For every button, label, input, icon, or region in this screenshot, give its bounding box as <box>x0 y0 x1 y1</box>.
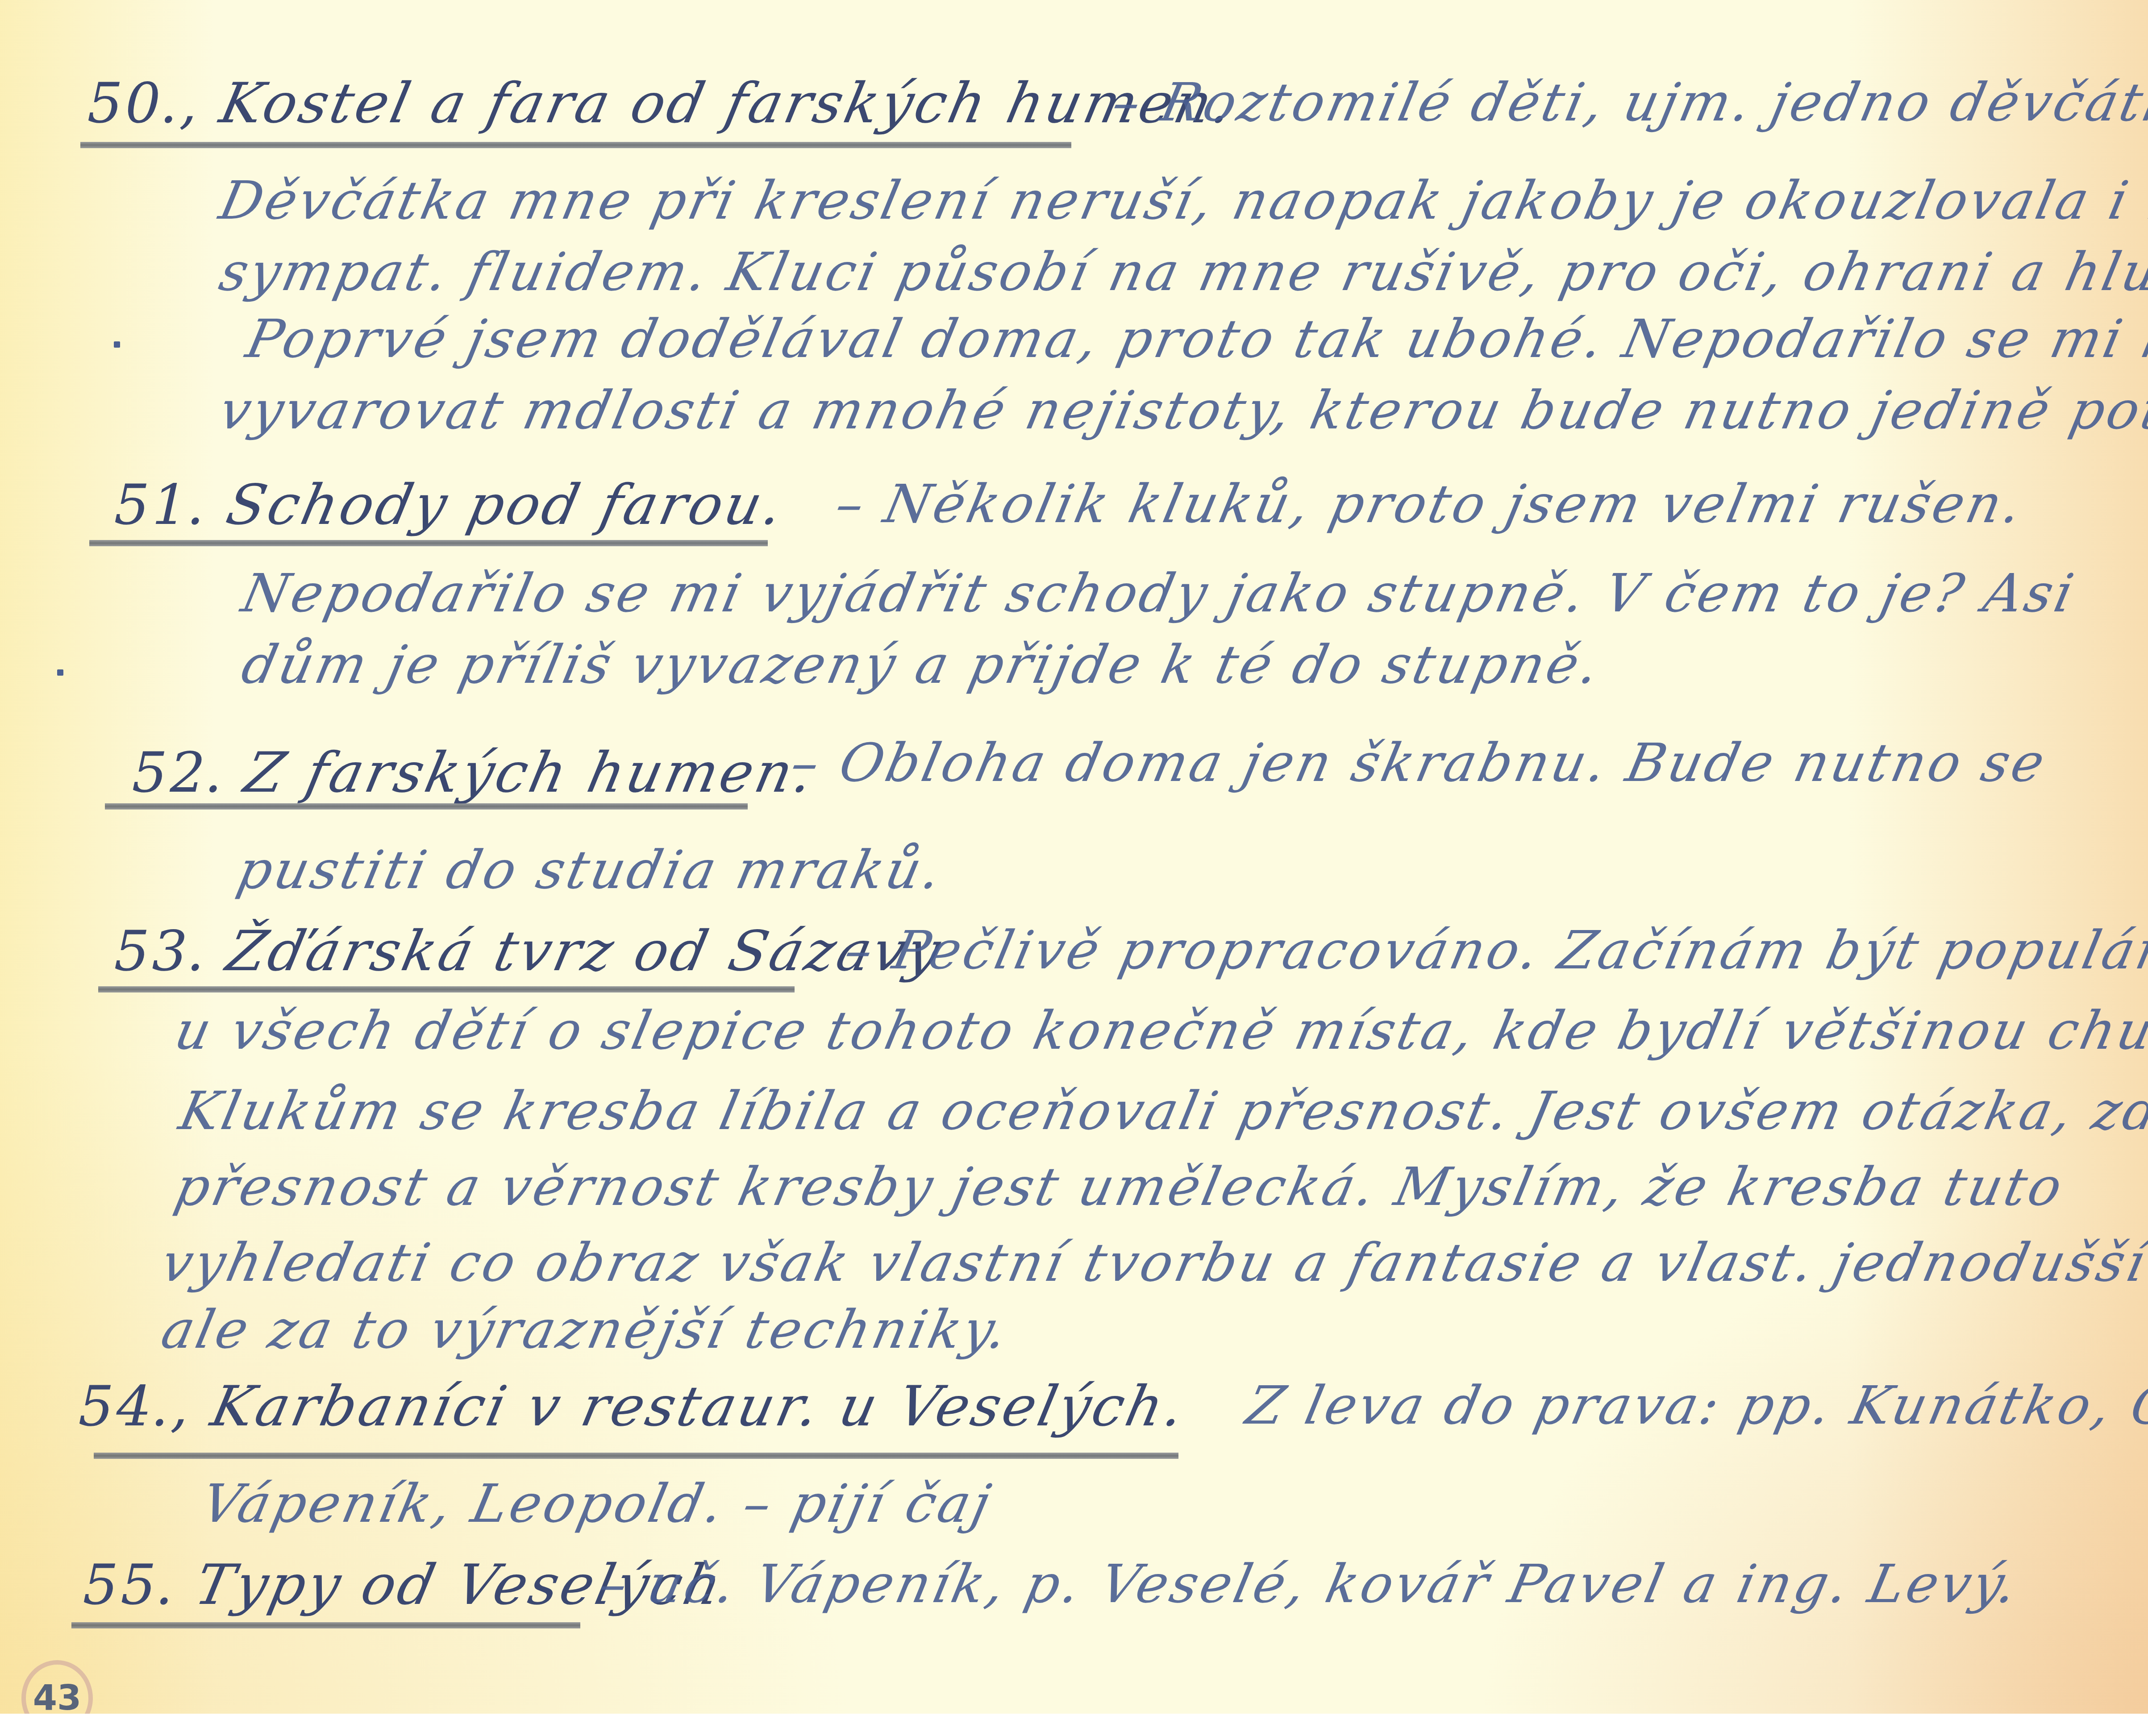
entry-number: 52. <box>125 741 235 805</box>
page-number: 43 <box>33 1678 82 1718</box>
entry-53-line-2: Klukům se kresba líbila a oceňovali přes… <box>174 1080 2148 1142</box>
entry-title: Z farských humen. <box>238 741 821 810</box>
entry-number: 54., <box>71 1375 201 1439</box>
entry-53-line-5: ale za to výraznější techniky. <box>156 1299 1015 1360</box>
entry-number: 50., <box>80 71 210 136</box>
entry-52-line-0: – Obloha doma jen škrabnu. Bude nutno se <box>786 732 2052 793</box>
stray-ink-dot <box>114 341 120 348</box>
entry-title: Karbaníci v restaur. u Veselých. <box>204 1375 1192 1443</box>
entry-53-line-0: – Pečlivě propracováno. Začínám být popu… <box>839 919 2148 981</box>
entry-50-line-3: Poprvé jsem dodělával doma, proto tak ub… <box>241 308 2148 370</box>
title-underline <box>71 1622 580 1628</box>
entry-50-heading: 50.,Kostel a fara od farských humen. <box>80 71 1241 136</box>
entry-title: Schody pod farou. <box>220 473 791 542</box>
entry-53-line-4: vyhledati co obraz však vlastní tvorbu a… <box>156 1232 2148 1293</box>
entry-53-line-1: u všech dětí o slepice tohoto konečně mí… <box>170 1000 2148 1061</box>
entry-title: Žďárská tvrz od Sázavy <box>220 919 948 988</box>
entry-number: 55. <box>76 1553 186 1617</box>
scan-border <box>0 1714 2148 1736</box>
entry-53-line-3: přesnost a věrnost kresby jest umělecká.… <box>170 1156 2070 1217</box>
title-underline <box>89 540 768 546</box>
entry-50-line-1: Děvčátka mne při kreslení neruší, naopak… <box>214 170 2148 231</box>
title-underline <box>80 142 1071 148</box>
entry-title: Kostel a fara od farských humen. <box>213 71 1240 140</box>
title-underline <box>105 803 748 810</box>
entry-number: 53. <box>107 919 217 984</box>
entry-54-line-0: Z leva do prava: pp. Kunátko, Ohnutý, <box>1241 1375 2148 1436</box>
entry-50-line-2: sympat. fluidem. Kluci působí na mne ruš… <box>214 241 2148 303</box>
entry-number: 51. <box>107 473 217 537</box>
title-underline <box>94 1453 1178 1459</box>
entry-51-line-1: Nepodařilo se mi vyjádřit schody jako st… <box>237 562 2081 624</box>
entry-51-line-2: dům je příliš vyvazený a přijde k té do … <box>237 634 1607 695</box>
entry-51-heading: 51.Schody pod farou. <box>107 473 791 537</box>
entry-54-heading: 54.,Karbaníci v restaur. u Veselých. <box>71 1375 1192 1439</box>
stray-ink-dot <box>57 669 63 676</box>
entry-54-line-1: Vápeník, Leopold. – pijí čaj <box>196 1473 998 1534</box>
entry-50-line-0: – Roztomilé děti, ujm. jedno děvčátko. <box>1107 71 2148 133</box>
entry-50-line-4: vyvarovat mdlosti a mnohé nejistoty, kte… <box>214 379 2148 441</box>
entry-52-line-1: pustiti do studia mraků. <box>232 839 949 901</box>
entry-53-heading: 53.Žďárská tvrz od Sázavy <box>107 919 948 984</box>
entry-52-heading: 52.Z farských humen. <box>125 741 821 805</box>
entry-55-line-0: – uč. Vápeník, p. Veselé, kovář Pavel a … <box>594 1553 2025 1615</box>
title-underline <box>98 986 795 993</box>
entry-51-line-0: – Několik kluků, proto jsem velmi rušen. <box>830 473 2030 535</box>
